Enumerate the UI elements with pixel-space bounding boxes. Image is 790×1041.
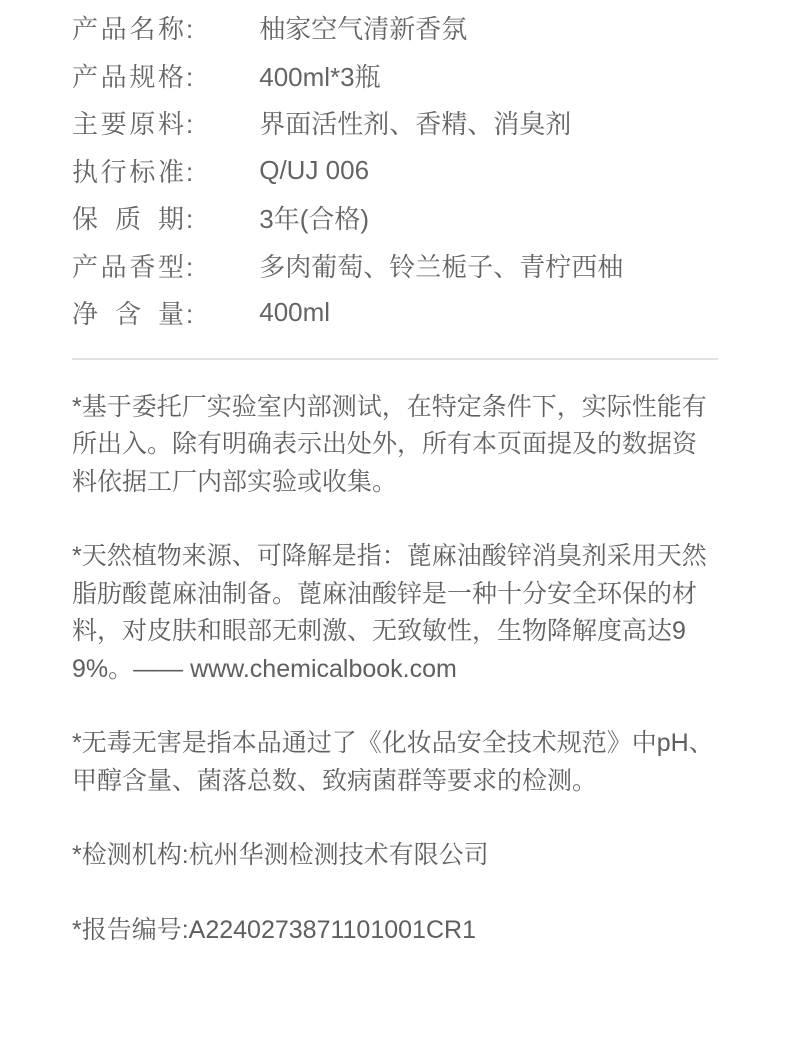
spec-label: 产品香型	[72, 247, 184, 284]
testing-agency-line: *检测机构:杭州华测检测技术有限公司	[72, 837, 718, 875]
spec-row-fragrance-type: 产品香型: 多肉葡萄、铃兰栀子、青柠西柚	[72, 242, 718, 290]
product-spec-table: 产品名称: 柚家空气清新香氛 产品规格: 400ml*3瓶 主要原料: 界面活性…	[72, 4, 718, 337]
spec-label: 净含量	[72, 294, 184, 331]
note-paragraph-lab-test-disclaimer: *基于委托厂实验室内部测试，在特定条件下，实际性能有所出入。除有明确表示出处外，…	[72, 389, 718, 502]
spec-value: 界面活性剂、香精、消臭剂	[259, 104, 571, 141]
note-paragraph-biodegradable-explanation: *天然植物来源、可降解是指：蓖麻油酸锌消臭剂采用天然脂肪酸蓖麻油制备。蓖麻油酸锌…	[72, 538, 718, 688]
spec-value: 柚家空气清新香氛	[259, 9, 467, 46]
spec-row-shelf-life: 保质期: 3年(合格)	[72, 194, 718, 242]
spec-value: 多肉葡萄、铃兰栀子、青柠西柚	[259, 247, 623, 284]
spec-row-product-size: 产品规格: 400ml*3瓶	[72, 52, 718, 100]
spec-colon: :	[186, 62, 193, 93]
spec-value: 400ml*3瓶	[259, 57, 380, 94]
spec-colon: :	[186, 14, 193, 45]
spec-value: Q/UJ 006	[259, 155, 369, 186]
spec-label: 执行标准	[72, 152, 184, 189]
spec-value: 400ml	[259, 297, 330, 328]
spec-row-standard: 执行标准: Q/UJ 006	[72, 147, 718, 195]
product-spec-page: 产品名称: 柚家空气清新香氛 产品规格: 400ml*3瓶 主要原料: 界面活性…	[0, 0, 790, 1041]
spec-label: 产品规格	[72, 57, 184, 94]
spec-value: 3年(合格)	[259, 199, 369, 236]
spec-label: 保质期	[72, 199, 184, 236]
note-paragraph-non-toxic-explanation: *无毒无害是指本品通过了《化妆品安全技术规范》中pH、甲醇含量、菌落总数、致病菌…	[72, 725, 718, 800]
spec-colon: :	[186, 252, 193, 283]
spec-row-net-content: 净含量: 400ml	[72, 289, 718, 337]
spec-label: 主要原料	[72, 104, 184, 141]
report-number-line: *报告编号:A2240273871101001CR1	[72, 912, 718, 950]
spec-label: 产品名称	[72, 9, 184, 46]
spec-colon: :	[186, 157, 193, 188]
disclaimer-notes: *基于委托厂实验室内部测试，在特定条件下，实际性能有所出入。除有明确表示出处外，…	[72, 360, 718, 950]
spec-row-product-name: 产品名称: 柚家空气清新香氛	[72, 4, 718, 52]
spec-row-main-ingredients: 主要原料: 界面活性剂、香精、消臭剂	[72, 99, 718, 147]
spec-colon: :	[186, 109, 193, 140]
spec-colon: :	[186, 204, 193, 235]
spec-colon: :	[186, 299, 193, 330]
